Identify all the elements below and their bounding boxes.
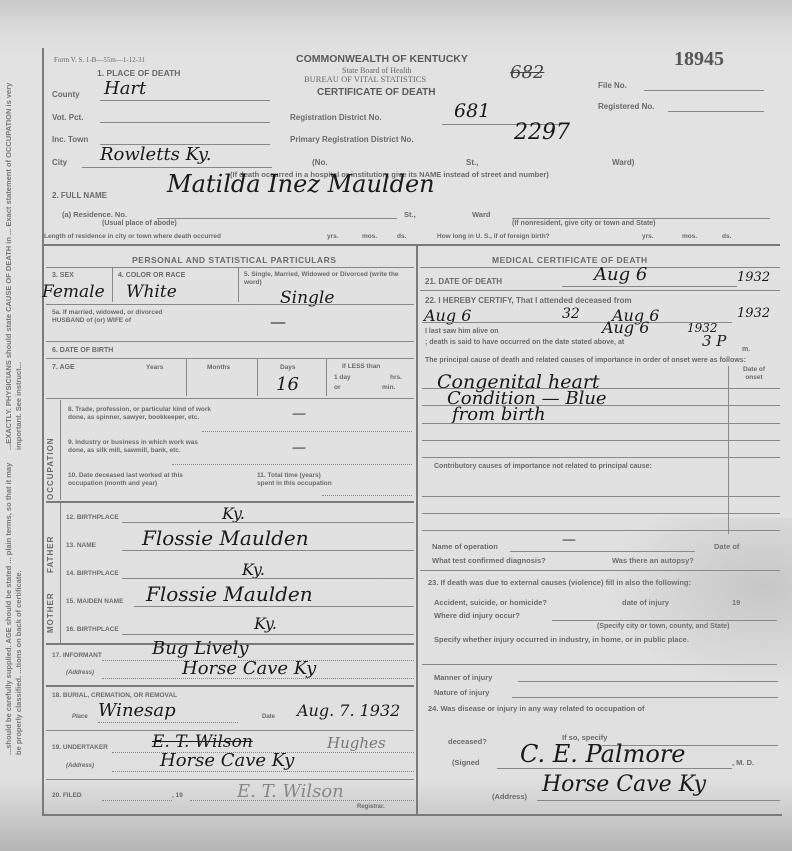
length-yrs: yrs.	[327, 233, 339, 240]
form-number: Form V. S. 1-B—55m—1-12-31	[54, 56, 145, 64]
street-no-label: (No.	[312, 158, 328, 167]
informant-address-label: (Address)	[66, 670, 94, 676]
parents-side-divider	[60, 503, 61, 643]
reg-district-value: 681	[454, 100, 490, 122]
time-suffix: m.	[742, 346, 750, 353]
residence-line	[157, 218, 397, 219]
external-causes-label: 23. If death was due to external causes …	[428, 578, 691, 587]
operation-label: Name of operation	[432, 542, 498, 551]
burial-place-label: Place	[72, 714, 88, 720]
color-value: White	[126, 282, 177, 302]
contributory-label: Contributory causes of importance not re…	[434, 462, 714, 471]
contributory-rule-3	[422, 530, 780, 531]
foreign-yrs: yrs.	[642, 233, 654, 240]
street-st-label: St.,	[466, 158, 478, 167]
primary-reg-value: 2297	[514, 120, 570, 145]
residence-label: (a) Residence. No.	[62, 210, 127, 219]
one-day-label: 1 day	[334, 374, 351, 381]
manner-line	[518, 681, 778, 682]
days-value: 16	[276, 374, 299, 395]
date-of-death-line	[562, 286, 737, 287]
days-label: Days	[280, 364, 296, 371]
burial-place-line	[98, 722, 238, 723]
foreign-birth-label: How long in U. S., if of foreign birth?	[437, 233, 550, 240]
total-time-line	[322, 495, 412, 496]
bureau-heading: BUREAU OF VITAL STATISTICS	[304, 74, 426, 84]
cause-rule-5	[422, 457, 780, 458]
years-label: Years	[146, 364, 163, 371]
form-left-border	[42, 48, 44, 816]
physician-signature: C. E. Palmore	[520, 740, 685, 768]
vot-pct-label: Vot. Pct.	[52, 113, 83, 122]
informant-address-value: Horse Cave Ky	[182, 658, 316, 679]
foreign-ds: ds.	[722, 233, 731, 240]
color-marital-divider	[238, 268, 239, 302]
name-section-divider	[42, 244, 780, 246]
column-divider	[416, 246, 418, 816]
vot-pct-line	[100, 122, 270, 123]
last-saw-value: Aug 6	[602, 318, 649, 337]
personal-title-line	[46, 267, 414, 268]
sex-value: Female	[42, 282, 105, 302]
age-divider-1	[186, 359, 187, 396]
residence-st-label: St.,	[404, 210, 416, 219]
months-label: Months	[207, 364, 230, 371]
informant-value: Bug Lively	[152, 638, 249, 659]
operation-value: —	[562, 532, 576, 548]
physician-address-line	[537, 800, 780, 801]
residence-ward-label: Ward	[472, 210, 490, 219]
industry-value: —	[292, 440, 306, 456]
filed-date-line	[102, 800, 172, 801]
birthplace-16-line	[122, 634, 414, 635]
where-injury-note: (Specify city or town, county, and State…	[597, 623, 730, 630]
or-label: or	[334, 384, 341, 391]
maiden-15-value: Flossie Maulden	[146, 582, 313, 606]
where-injury-line	[552, 620, 777, 621]
marital-value: Single	[280, 288, 334, 308]
father-vertical-label: FATHER	[46, 533, 55, 573]
registered-no-label: Registered No.	[598, 102, 654, 111]
last-saw-label: I last saw him alive on	[425, 328, 499, 335]
county-line	[100, 100, 270, 101]
state-heading: COMMONWEALTH OF KENTUCKY	[296, 53, 468, 65]
age-label: 7. AGE	[52, 364, 75, 371]
row-divider-4	[46, 398, 414, 399]
undertaker-address-line	[112, 771, 414, 772]
ward-line	[512, 218, 770, 219]
accident-label: Accident, suicide, or homicide?	[434, 598, 547, 607]
row-divider-2	[46, 341, 414, 342]
city-line	[82, 167, 272, 168]
file-no-line	[644, 90, 764, 91]
medical-divider-1	[420, 290, 780, 291]
name-13-line	[122, 550, 414, 551]
trade-line	[202, 431, 412, 432]
injury-year-label: 19	[732, 598, 740, 607]
birthplace-14-value: Ky.	[242, 560, 265, 579]
onset-column-divider	[728, 366, 729, 534]
signed-label: (Signed	[452, 758, 480, 767]
burial-bottom-divider	[46, 730, 414, 731]
undertaker-value: Hughes	[327, 734, 386, 752]
birthplace-14-label: 14. BIRTHPLACE	[66, 570, 119, 577]
inc-town-label: Inc. Town	[52, 135, 88, 144]
attended-line	[422, 322, 732, 323]
undertaker-bottom-divider	[46, 779, 414, 780]
burial-place-value: Winesap	[98, 700, 176, 721]
full-name-value: Matilda Inez Maulden	[167, 170, 435, 198]
undertaker-address-label: (Address)	[66, 763, 94, 769]
contributory-rule-1	[422, 496, 780, 497]
city-label: City	[52, 158, 67, 167]
burial-label: 18. BURIAL, CREMATION, OR REMOVAL	[52, 692, 177, 699]
time-of-death-value: 3 P	[702, 332, 726, 350]
trade-label: 8. Trade, profession, or particular kind…	[68, 406, 213, 422]
registrar-label: Registrar.	[357, 804, 385, 810]
date-of-death-year: 1932	[737, 270, 770, 285]
min-label: min.	[382, 384, 395, 391]
primary-reg-label: Primary Registration District No.	[290, 135, 414, 144]
medical-divider-2	[420, 570, 780, 571]
nature-label: Nature of injury	[434, 688, 489, 697]
certificate-title: CERTIFICATE OF DEATH	[317, 87, 436, 98]
spouse-label: 5a. If married, widowed, or divorced HUS…	[52, 309, 182, 325]
name-13-value: Flossie Maulden	[142, 526, 309, 550]
name-13-label: 13. NAME	[66, 542, 96, 549]
marital-label: 5. Single, Married, Widowed or Divorced …	[244, 271, 404, 287]
length-mos: mos.	[362, 233, 377, 240]
mother-vertical-label: MOTHER	[46, 588, 55, 633]
color-label: 4. COLOR OR RACE	[118, 272, 185, 279]
occupation-vertical-label: OCCUPATION	[46, 410, 55, 500]
physician-address-label: (Address)	[492, 792, 527, 801]
burial-date-label: Date	[262, 714, 275, 720]
attended-to-year: 1932	[737, 306, 770, 321]
form-bottom-border	[42, 814, 782, 816]
registered-no-line	[668, 111, 764, 112]
length-ds: ds.	[397, 233, 406, 240]
file-no-label: File No.	[598, 81, 627, 90]
last-worked-label: 10. Date deceased last worked at this oc…	[68, 472, 198, 488]
principal-cause-label: The principal cause of death and related…	[425, 356, 775, 365]
manner-label: Manner of injury	[434, 673, 492, 682]
specify-line	[422, 664, 777, 665]
signed-line	[497, 768, 732, 769]
hrs-label: hrs.	[390, 374, 402, 381]
side-instructions-lower: ...should be carefully supplied. AGE sho…	[4, 455, 42, 755]
age-divider-3	[326, 359, 327, 396]
spouse-value: —	[270, 312, 286, 331]
birthplace-16-value: Ky.	[254, 614, 277, 633]
bureau-number-struck: 682	[510, 62, 544, 83]
operation-date-label: Date of	[714, 542, 739, 551]
certificate-number: 18945	[674, 48, 724, 71]
undertaker-address-value: Horse Cave Ky	[160, 750, 294, 771]
place-of-death-heading: 1. PLACE OF DEATH	[97, 68, 180, 78]
birthplace-12-value: Ky.	[222, 504, 245, 523]
informant-bottom-divider	[46, 685, 414, 687]
informant-address-line	[102, 678, 414, 679]
foreign-mos: mos.	[682, 233, 697, 240]
birthplace-12-line	[122, 522, 414, 523]
birthplace-12-label: 12. BIRTHPLACE	[66, 514, 119, 521]
county-label: County	[52, 90, 80, 99]
informant-label: 17. INFORMANT	[52, 652, 102, 659]
filed-label: 20. FILED	[52, 792, 82, 799]
operation-line	[510, 551, 695, 552]
occupation-related-label: 24. Was disease or injury in any way rel…	[428, 704, 644, 713]
where-injury-label: Where did injury occur?	[434, 611, 520, 620]
length-residence-label: Length of residence in city or town wher…	[44, 233, 221, 240]
md-label: , M. D.	[732, 758, 754, 767]
full-name-label: 2. FULL NAME	[52, 191, 107, 200]
burial-date-value: Aug. 7. 1932	[297, 701, 400, 720]
nature-line	[512, 697, 778, 698]
filed-year-prefix: , 19	[172, 792, 183, 799]
county-value: Hart	[104, 78, 146, 99]
birthplace-16-label: 16. BIRTHPLACE	[66, 626, 119, 633]
attended-from-year: 32	[562, 306, 580, 322]
reg-district-label: Registration District No.	[290, 113, 382, 122]
total-time-label: 11. Total time (years) spent in this occ…	[257, 472, 337, 488]
street-ward-label: Ward)	[612, 158, 634, 167]
maiden-15-line	[134, 606, 414, 607]
undertaker-label: 19. UNDERTAKER	[52, 744, 108, 751]
usual-place-note: (Usual place of abode)	[102, 220, 177, 227]
city-value: Rowletts Ky.	[100, 144, 211, 165]
registrar-signature: E. T. Wilson	[237, 781, 344, 802]
physician-address-value: Horse Cave Ky	[542, 772, 706, 797]
date-of-death-label: 21. DATE OF DEATH	[425, 277, 502, 286]
death-certificate-form: Form V. S. 1-B—55m—1-12-31 1. PLACE OF D…	[42, 48, 782, 818]
cause-rule-3	[422, 423, 780, 424]
test-label: What test confirmed diagnosis?	[432, 556, 546, 565]
age-divider-2	[257, 359, 258, 396]
date-of-death-value: Aug 6	[594, 264, 647, 285]
specify-label: Specify whether injury occurred in indus…	[434, 635, 774, 645]
side-instructions-upper: ...EXACTLY. PHYSICIANS should state CAUS…	[4, 80, 42, 450]
occupation-bottom-divider	[46, 501, 414, 503]
undertaker-value-struck: E. T. Wilson	[152, 732, 253, 752]
less-than-label: If LESS than	[342, 363, 380, 370]
scanned-document: ...EXACTLY. PHYSICIANS should state CAUS…	[0, 0, 792, 851]
occupation-side-divider	[60, 400, 61, 500]
sex-label: 3. SEX	[52, 272, 74, 279]
trade-value: —	[292, 406, 306, 422]
personal-section-title: PERSONAL AND STATISTICAL PARTICULARS	[132, 255, 336, 265]
nonresident-note: (If nonresident, give city or town and S…	[512, 220, 656, 227]
birthplace-14-line	[122, 578, 414, 579]
cause-rule-4	[422, 440, 780, 441]
cause-line-3: from birth	[452, 404, 546, 425]
autopsy-label: Was there an autopsy?	[612, 556, 694, 565]
row-divider-1	[46, 304, 414, 305]
industry-line	[172, 464, 412, 465]
certify-label: 22. I HEREBY CERTIFY, That I attended de…	[425, 296, 632, 305]
sex-color-divider	[112, 268, 113, 302]
dob-label: 6. DATE OF BIRTH	[52, 347, 113, 354]
maiden-15-label: 15. MAIDEN NAME	[66, 598, 123, 605]
row-divider-3	[46, 358, 414, 359]
registrar-line	[190, 800, 414, 801]
contributory-rule-2	[422, 513, 780, 514]
deceased-label: deceased?	[448, 737, 487, 746]
injury-date-label: date of injury	[622, 598, 669, 607]
date-of-onset-label: Date of onset	[734, 366, 774, 382]
industry-label: 9. Industry or business in which work wa…	[68, 439, 213, 455]
